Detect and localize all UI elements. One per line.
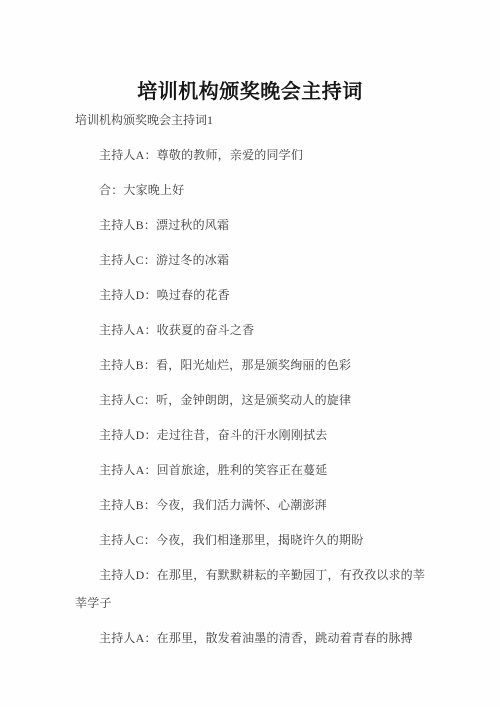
script-line-host-a-ink: 主持人A：在那里，散发着油墨的清香，跳动着青春的脉搏 <box>75 624 430 652</box>
script-line-host-b-sunshine: 主持人B：看，阳光灿烂，那是颁奖绚丽的色彩 <box>75 351 430 379</box>
script-line-host-c-bells: 主持人C：听，金钟朗朗，这是颁奖动人的旋律 <box>75 386 430 414</box>
script-line-host-b-tonight: 主持人B：今夜，我们活力满怀、心潮澎湃 <box>75 491 430 519</box>
script-line-host-a-summer: 主持人A：收获夏的奋斗之香 <box>75 316 430 344</box>
script-line-host-d-gardeners: 主持人D：在那里，有默默耕耘的辛勤园丁，有孜孜以求的莘莘学子 <box>75 561 430 617</box>
script-line-host-d-spring: 主持人D：唤过春的花香 <box>75 281 430 309</box>
script-line-host-c-winter: 主持人C：游过冬的冰霜 <box>75 246 430 274</box>
script-line-host-c-tonight: 主持人C：今夜，我们相逢那里，揭晓许久的期盼 <box>75 526 430 554</box>
script-line-together-greeting: 合：大家晚上好 <box>75 176 430 204</box>
script-line-host-b-autumn: 主持人B：漂过秋的风霜 <box>75 211 430 239</box>
document-title: 培训机构颁奖晚会主持词 <box>0 79 500 106</box>
script-line-host-d-past: 主持人D：走过往昔，奋斗的汗水刚刚拭去 <box>75 421 430 449</box>
script-line-host-a-journey: 主持人A：回首旅途，胜利的笑容正在蔓延 <box>75 456 430 484</box>
document-subtitle: 培训机构颁奖晚会主持词1 <box>75 106 430 134</box>
document-page: 培训机构颁奖晚会主持词 培训机构颁奖晚会主持词1 主持人A：尊敬的教师，亲爱的同… <box>0 0 500 707</box>
script-line-host-a-greeting: 主持人A：尊敬的教师，亲爱的同学们 <box>75 141 430 169</box>
